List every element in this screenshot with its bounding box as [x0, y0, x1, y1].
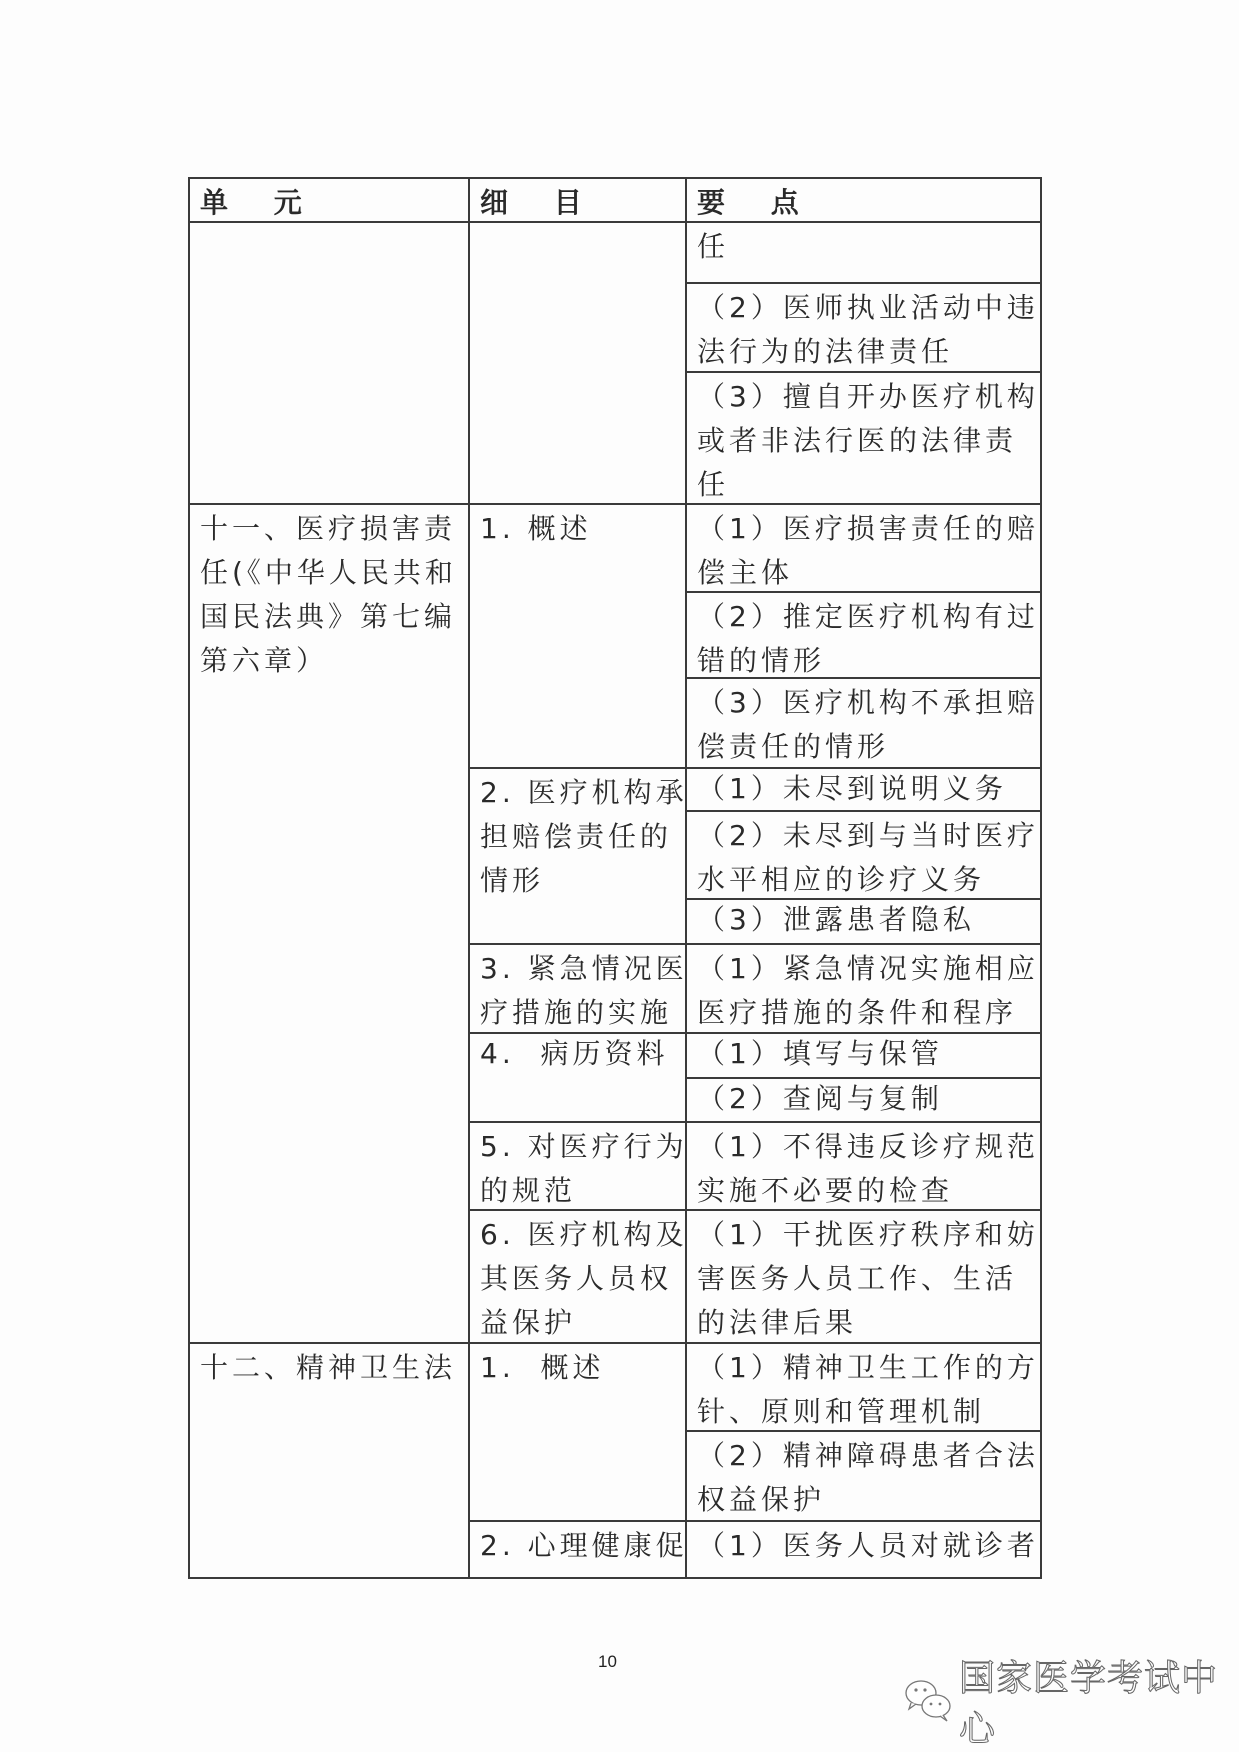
point-text: （2）查阅与复制: [697, 1077, 1030, 1121]
table-border-right: [1040, 177, 1042, 1579]
detail-text: 疗措施的实施: [480, 991, 675, 1035]
detail-cell: 2. 心理健康促: [468, 1520, 685, 1568]
point-text: 害医务人员工作、生活: [697, 1257, 1030, 1301]
point-cell: （1）干扰医疗秩序和妨 害医务人员工作、生活 的法律后果: [685, 1209, 1040, 1345]
point-text: 权益保护: [697, 1478, 1030, 1522]
point-cell: （1）紧急情况实施相应 医疗措施的条件和程序: [685, 943, 1040, 1035]
detail-cell: 1. 概述: [468, 1342, 685, 1390]
unit-text: 第六章）: [200, 639, 458, 683]
document-page: 单 元 细 目 要 点 任 （2）医师执业活动中违 法行为的法律责任 （3）擅自…: [0, 0, 1239, 1752]
detail-text: 情形: [480, 859, 675, 903]
detail-cell: 1. 概述: [468, 503, 685, 551]
point-cell: （1）医疗损害责任的赔 偿主体: [685, 503, 1040, 595]
detail-text: 3. 紧急情况医: [480, 947, 675, 991]
wechat-icon: [903, 1677, 955, 1725]
unit-text: 十一、医疗损害责: [200, 507, 458, 551]
detail-text: 1. 概述: [480, 507, 675, 551]
point-text: （1）精神卫生工作的方: [697, 1346, 1030, 1390]
point-cell: （2）精神障碍患者合法 权益保护: [685, 1430, 1040, 1522]
point-text: （1）紧急情况实施相应: [697, 947, 1030, 991]
detail-cell: 3. 紧急情况医 疗措施的实施: [468, 943, 685, 1035]
point-cell: （1）填写与保管: [685, 1032, 1040, 1076]
point-text: 法行为的法律责任: [697, 330, 1030, 374]
point-text: （1）填写与保管: [697, 1032, 1030, 1076]
detail-text: 的规范: [480, 1169, 675, 1213]
point-text: 任: [697, 463, 1030, 507]
header-unit: 单 元: [188, 177, 468, 225]
point-text: 水平相应的诊疗义务: [697, 858, 1030, 902]
point-text: 医疗措施的条件和程序: [697, 991, 1030, 1035]
unit-text: 国民法典》第七编: [200, 595, 458, 639]
detail-text: 1. 概述: [480, 1346, 675, 1390]
header-label: 单 元: [200, 181, 458, 225]
point-text: 任: [697, 225, 1030, 269]
point-text: （2）医师执业活动中违: [697, 286, 1030, 330]
point-text: （2）未尽到与当时医疗: [697, 814, 1030, 858]
point-text: （3）泄露患者隐私: [697, 898, 1030, 942]
header-label: 要 点: [697, 181, 1030, 225]
point-cell: （1）精神卫生工作的方 针、原则和管理机制: [685, 1342, 1040, 1434]
unit-text: 任(《中华人民共和: [200, 551, 458, 595]
point-cell: （2）推定医疗机构有过 错的情形: [685, 591, 1040, 683]
detail-text: 6. 医疗机构及: [480, 1213, 675, 1257]
header-points: 要 点: [685, 177, 1040, 225]
point-cell: （1）不得违反诊疗规范 实施不必要的检查: [685, 1121, 1040, 1213]
detail-cell: 2. 医疗机构承 担赔偿责任的 情形: [468, 767, 685, 903]
point-cell: （3）泄露患者隐私: [685, 898, 1040, 942]
detail-cell: 5. 对医疗行为 的规范: [468, 1121, 685, 1213]
point-text: （2）精神障碍患者合法: [697, 1434, 1030, 1478]
unit-cell-12: 十二、精神卫生法: [188, 1342, 468, 1390]
point-text: （1）干扰医疗秩序和妨: [697, 1213, 1030, 1257]
point-cell: （2）医师执业活动中违 法行为的法律责任: [685, 282, 1040, 374]
detail-text: 4. 病历资料: [480, 1032, 675, 1076]
point-text: 偿主体: [697, 551, 1030, 595]
point-text: （3）医疗机构不承担赔: [697, 681, 1030, 725]
point-text: 偿责任的情形: [697, 725, 1030, 769]
detail-text: 益保护: [480, 1301, 675, 1345]
watermark-text: 国家医学考试中心: [959, 1650, 1239, 1752]
detail-text: 5. 对医疗行为: [480, 1125, 675, 1169]
point-cell: （1）医务人员对就诊者: [685, 1520, 1040, 1568]
watermark: 国家医学考试中心: [903, 1676, 1239, 1726]
page-number: 10: [598, 1652, 617, 1672]
point-cell: （2）未尽到与当时医疗 水平相应的诊疗义务: [685, 810, 1040, 902]
header-label: 细 目: [480, 181, 675, 225]
point-text: 实施不必要的检查: [697, 1169, 1030, 1213]
point-text: （3）擅自开办医疗机构: [697, 375, 1030, 419]
table-border-bottom: [188, 1577, 1040, 1579]
point-text: （1）不得违反诊疗规范: [697, 1125, 1030, 1169]
point-cell: 任: [685, 221, 1040, 269]
detail-text: 担赔偿责任的: [480, 815, 675, 859]
point-cell: （3）医疗机构不承担赔 偿责任的情形: [685, 677, 1040, 769]
point-text: 或者非法行医的法律责: [697, 419, 1030, 463]
header-detail: 细 目: [468, 177, 685, 225]
point-cell: （3）擅自开办医疗机构 或者非法行医的法律责 任: [685, 371, 1040, 507]
point-text: （1）未尽到说明义务: [697, 767, 1030, 811]
syllabus-table: 单 元 细 目 要 点 任 （2）医师执业活动中违 法行为的法律责任 （3）擅自…: [188, 177, 1040, 1577]
detail-cell: 6. 医疗机构及 其医务人员权 益保护: [468, 1209, 685, 1345]
point-text: （1）医疗损害责任的赔: [697, 507, 1030, 551]
point-cell: （1）未尽到说明义务: [685, 767, 1040, 811]
point-cell: （2）查阅与复制: [685, 1077, 1040, 1121]
point-text: 针、原则和管理机制: [697, 1390, 1030, 1434]
detail-text: 2. 医疗机构承: [480, 771, 675, 815]
unit-cell-11: 十一、医疗损害责 任(《中华人民共和 国民法典》第七编 第六章）: [188, 503, 468, 683]
detail-text: 2. 心理健康促: [480, 1524, 675, 1568]
point-text: （1）医务人员对就诊者: [697, 1524, 1030, 1568]
detail-cell: 4. 病历资料: [468, 1032, 685, 1076]
detail-text: 其医务人员权: [480, 1257, 675, 1301]
point-text: （2）推定医疗机构有过: [697, 595, 1030, 639]
point-text: 的法律后果: [697, 1301, 1030, 1345]
unit-text: 十二、精神卫生法: [200, 1346, 458, 1390]
